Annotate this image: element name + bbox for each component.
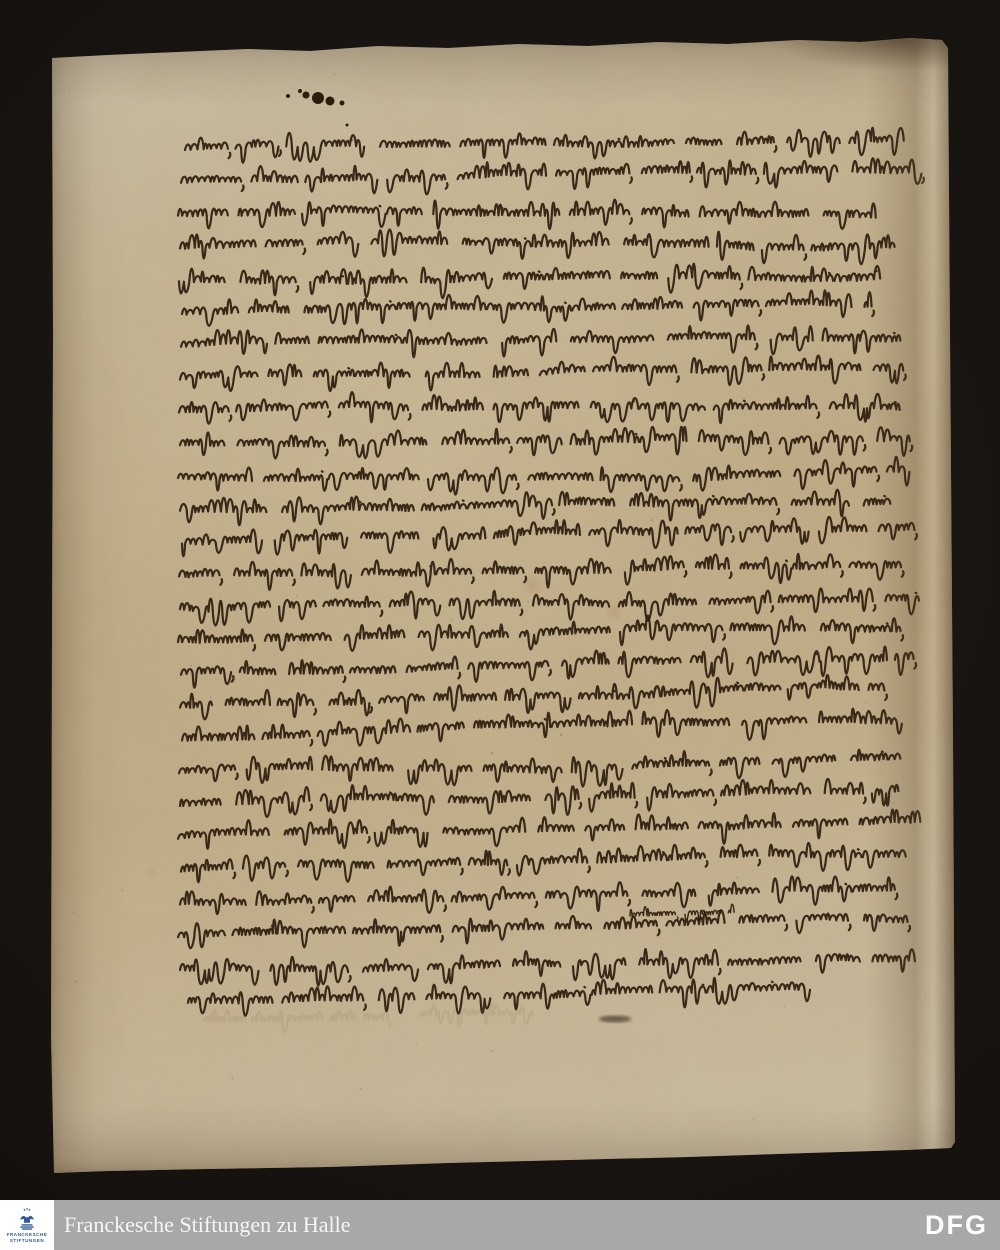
dfg-logo[interactable]: DFG	[925, 1200, 988, 1250]
franckesche-stiftungen-logo[interactable]: FRANCKESCHE STIFTUNGEN	[0, 1200, 54, 1250]
viewer-footer: FRANCKESCHE STIFTUNGEN Franckesche Stift…	[0, 1200, 1000, 1250]
eagle-icon	[14, 1207, 40, 1231]
institution-name: Franckesche Stiftungen zu Halle	[64, 1200, 351, 1250]
manuscript-page	[48, 36, 956, 1174]
logo-caption-line2: STIFTUNGEN	[7, 1238, 48, 1244]
handwritten-text	[48, 36, 956, 1174]
logo-caption: FRANCKESCHE STIFTUNGEN	[7, 1232, 48, 1243]
scan-viewport: FRANCKESCHE STIFTUNGEN Franckesche Stift…	[0, 0, 1000, 1250]
logo-caption-line1: FRANCKESCHE	[7, 1232, 48, 1238]
